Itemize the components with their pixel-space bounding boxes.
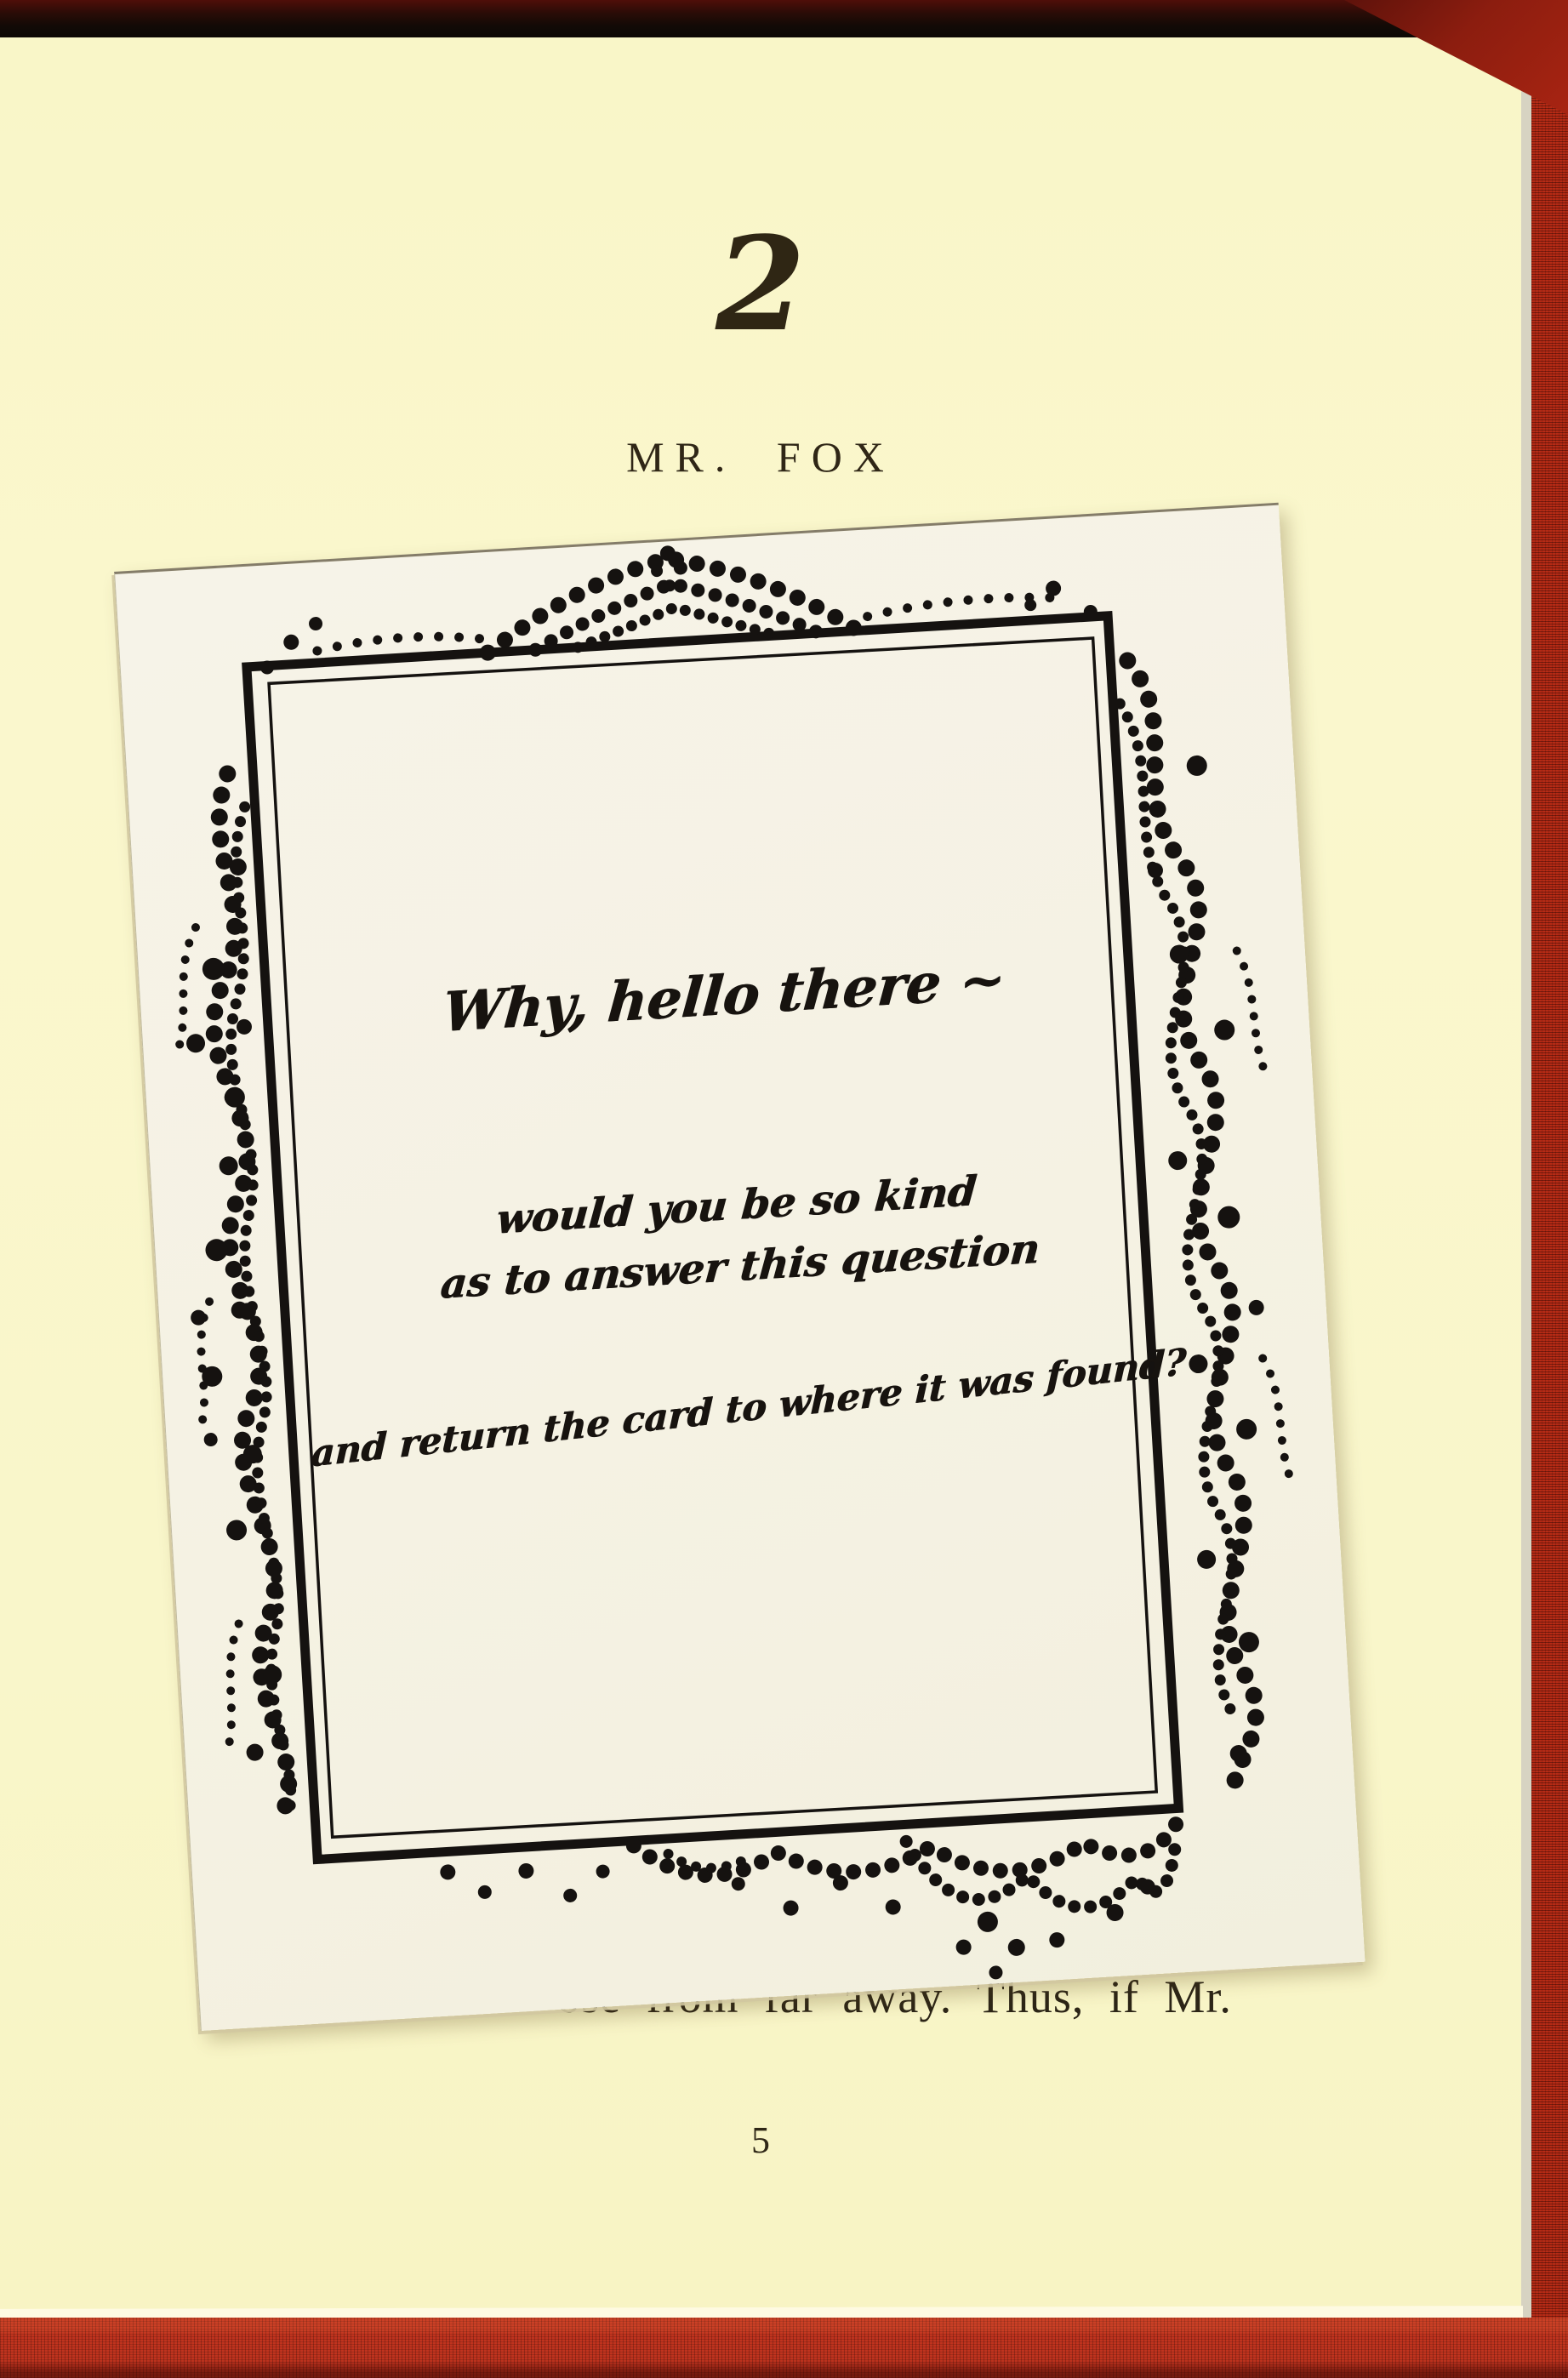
book-cover-right-edge	[1528, 0, 1568, 2378]
book-cover-top-shadow	[0, 0, 1568, 37]
page-number: 5	[0, 2119, 1521, 2162]
book-cover-bottom-edge	[0, 2318, 1568, 2378]
chapter-number: 2	[0, 220, 1521, 349]
chapter-title: MR. FOX	[0, 432, 1521, 482]
message-card: Why, hello there ~ would you be so kind …	[114, 503, 1365, 2031]
book-photo: 2 MR. FOX 5 ose from far away. Thus, if …	[0, 0, 1568, 2378]
